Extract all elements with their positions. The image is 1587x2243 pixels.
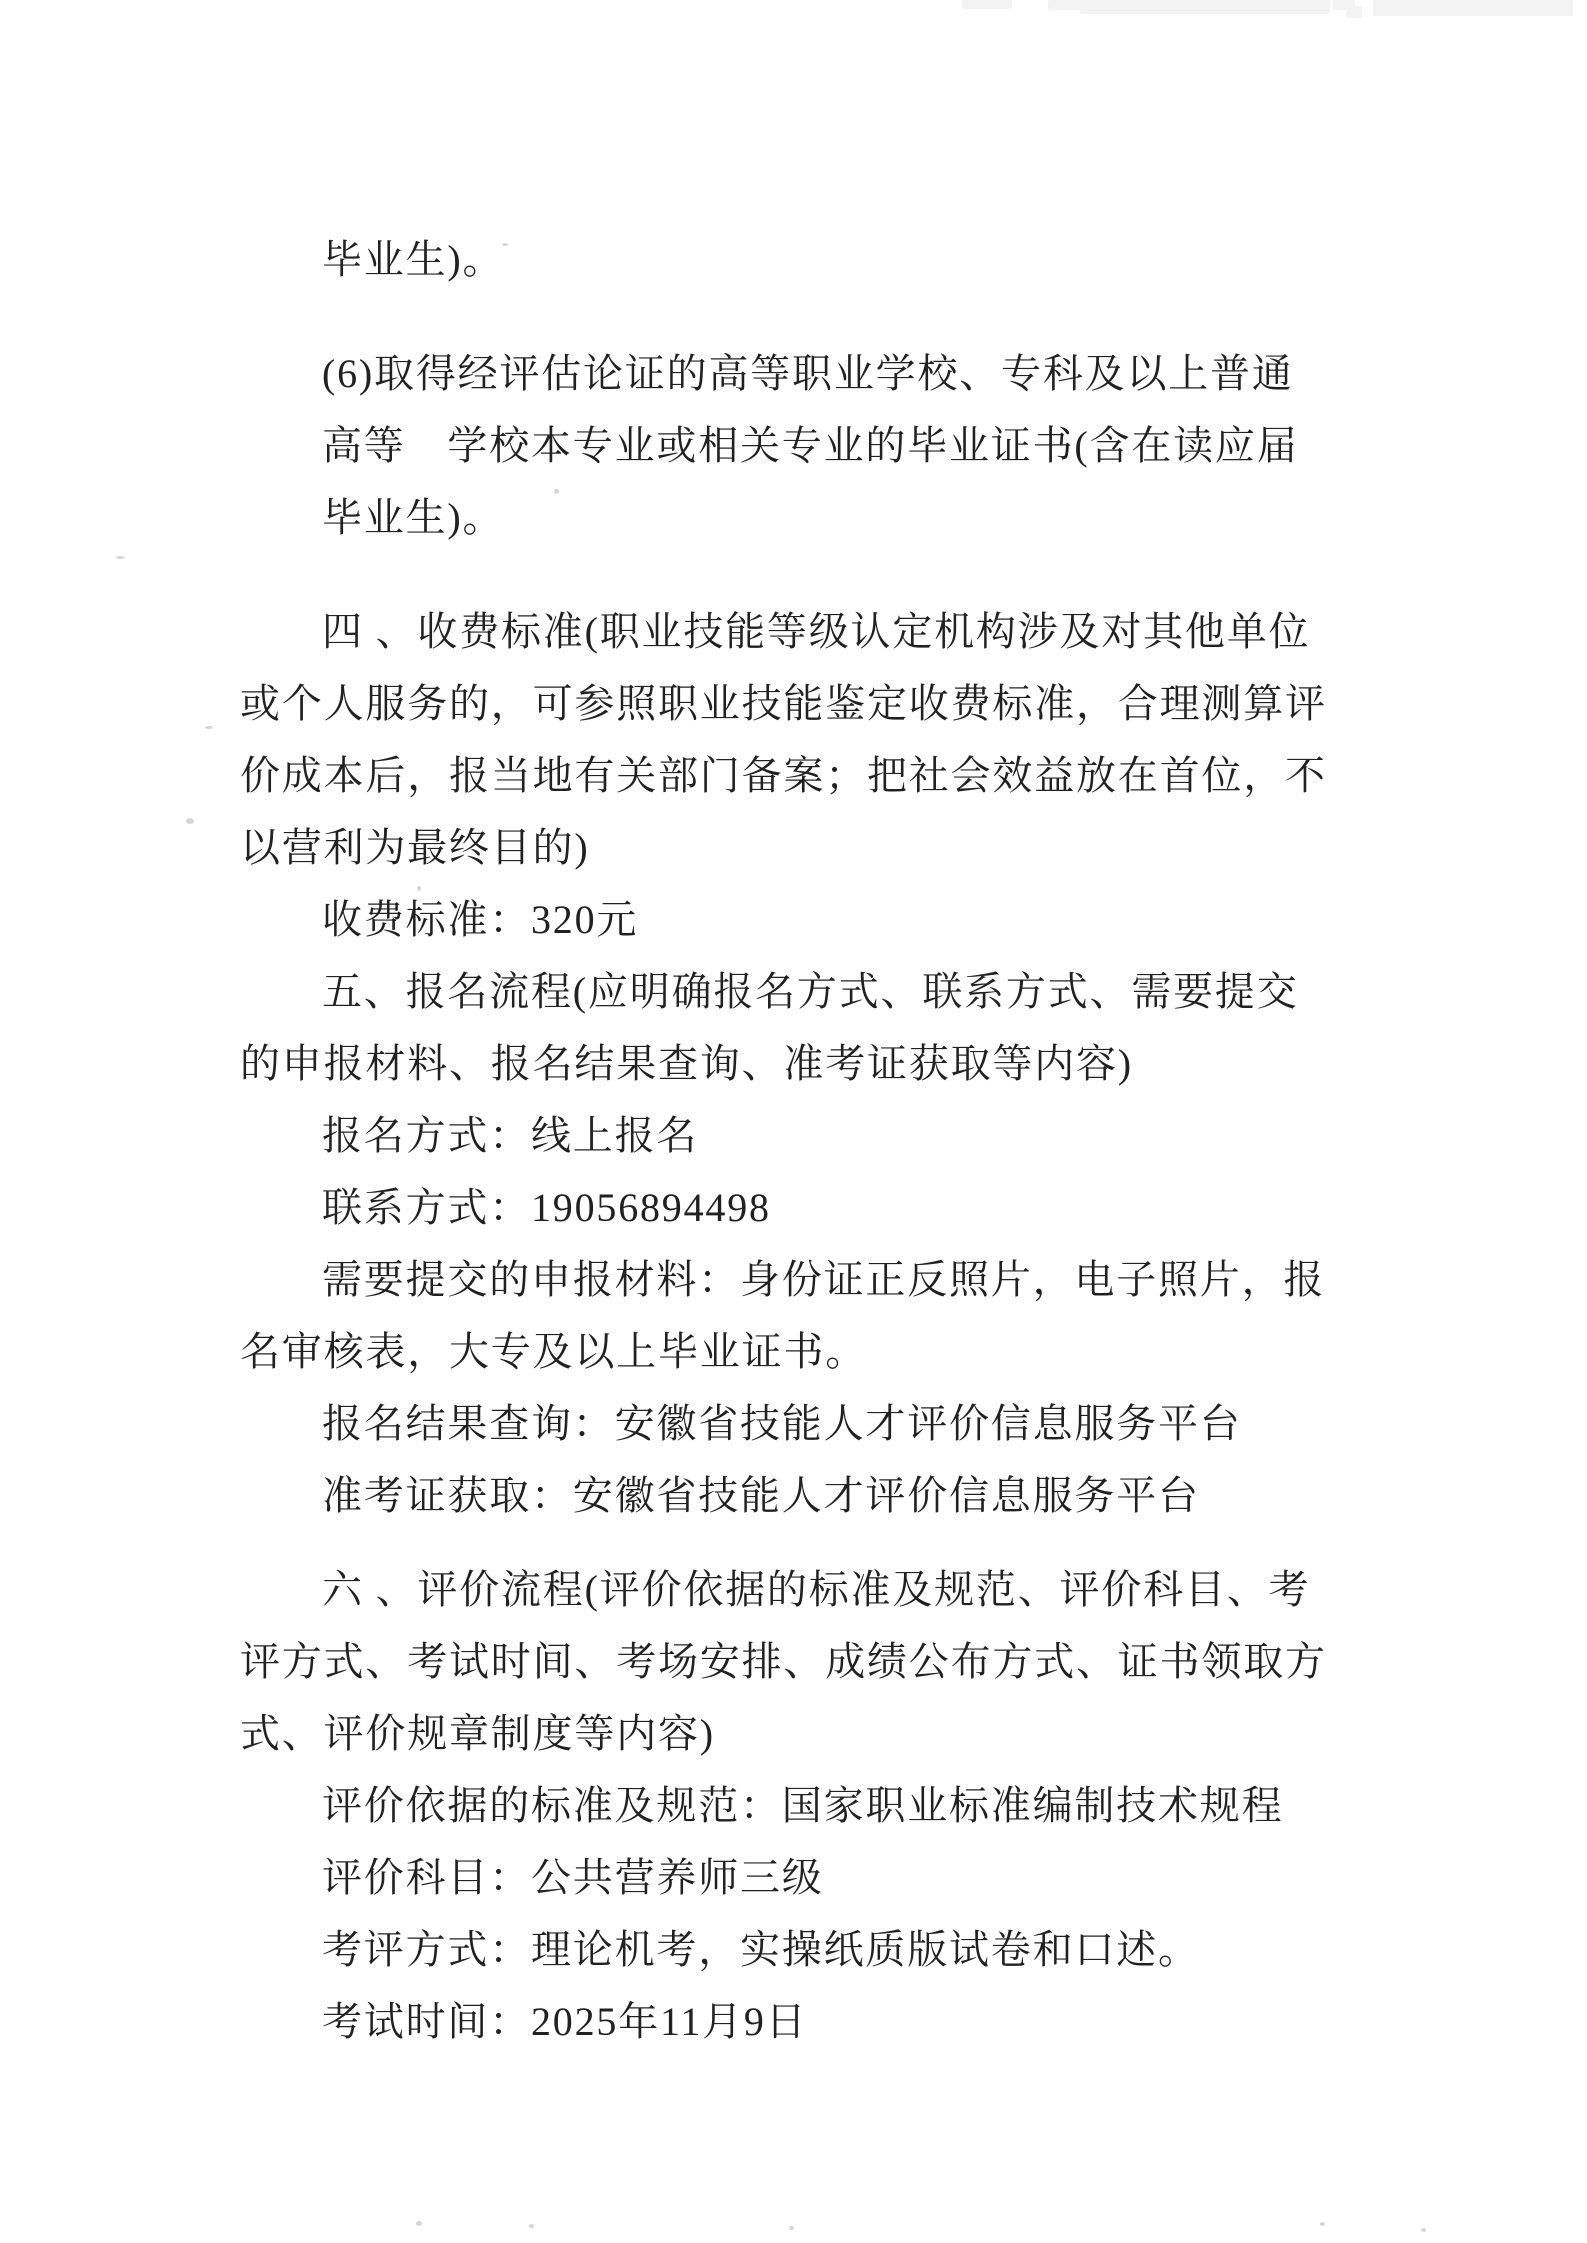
paragraph-section-6-evaluation-process: 六 、评价流程(评价依据的标准及规范、评价科目、考评方式、考试时间、考场安排、成…	[240, 1554, 1350, 1770]
document-line: 式、评价规章制度等内容)	[240, 1698, 1350, 1770]
document-line: 毕业生)。	[322, 224, 1350, 296]
scan-speck	[186, 818, 194, 824]
document-line: 评方式、考试时间、考场安排、成绩公布方式、证书领取方	[240, 1626, 1350, 1698]
scan-speck	[529, 2224, 534, 2228]
document-line: 高等 学校本专业或相关专业的毕业证书(含在读应届	[322, 410, 1350, 482]
paragraph-registration-method: 报名方式：线上报名	[240, 1100, 1350, 1172]
scan-smudge	[1048, 0, 1108, 10]
document-line: 评价依据的标准及规范：国家职业标准编制技术规程	[240, 1770, 1350, 1842]
paragraph-section-4-fee-standard: 四 、收费标准(职业技能等级认定机构涉及对其他单位或个人服务的，可参照职业技能鉴…	[240, 596, 1350, 884]
paragraph-admission-ticket: 准考证获取：安徽省技能人才评价信息服务平台	[240, 1460, 1350, 1532]
document-line: 的申报材料、报名结果查询、准考证获取等内容)	[240, 1028, 1350, 1100]
scan-speck	[205, 726, 213, 729]
document-line: 收费标准：320元	[240, 884, 1350, 956]
scan-speck	[1320, 2222, 1325, 2226]
scan-speck	[1421, 2228, 1426, 2232]
document-line: 六 、评价流程(评价依据的标准及规范、评价科目、考	[240, 1554, 1350, 1626]
scan-smudge	[962, 0, 1012, 9]
document-line: 毕业生)。	[322, 482, 1350, 554]
document-line: 名审核表，大专及以上毕业证书。	[240, 1316, 1350, 1388]
paragraph-exam-date: 考试时间：2025年11月9日	[240, 1986, 1350, 2058]
document-page: 毕业生)。(6)取得经评估论证的高等职业学校、专科及以上普通高等 学校本专业或相…	[0, 0, 1587, 2243]
paragraph-grad-note-continued: 毕业生)。	[322, 224, 1350, 296]
document-line: 报名方式：线上报名	[240, 1100, 1350, 1172]
document-line: 四 、收费标准(职业技能等级认定机构涉及对其他单位	[240, 596, 1350, 668]
document-line: 价成本后，报当地有关部门备案；把社会效益放在首位，不	[240, 740, 1350, 812]
scan-smudge	[1346, 6, 1362, 18]
document-line: 或个人服务的，可参照职业技能鉴定收费标准，合理测算评	[240, 668, 1350, 740]
document-line: 考评方式：理论机考，实操纸质版试卷和口述。	[240, 1914, 1350, 1986]
document-line: 评价科目：公共营养师三级	[240, 1842, 1350, 1914]
document-line: 需要提交的申报材料：身份证正反照片，电子照片，报	[240, 1244, 1350, 1316]
paragraph-fee-amount: 收费标准：320元	[240, 884, 1350, 956]
document-line: 联系方式：19056894498	[240, 1172, 1350, 1244]
paragraph-section-5-registration-process: 五、报名流程(应明确报名方式、联系方式、需要提交的申报材料、报名结果查询、准考证…	[240, 956, 1350, 1100]
paragraph-evaluation-subject: 评价科目：公共营养师三级	[240, 1842, 1350, 1914]
scan-smudge	[1373, 0, 1573, 16]
document-body: 毕业生)。(6)取得经评估论证的高等职业学校、专科及以上普通高等 学校本专业或相…	[240, 224, 1350, 2058]
document-line: 准考证获取：安徽省技能人才评价信息服务平台	[240, 1460, 1350, 1532]
paragraph-contact-number: 联系方式：19056894498	[240, 1172, 1350, 1244]
scan-speck	[789, 2226, 794, 2230]
document-line: 以营利为最终目的)	[240, 812, 1350, 884]
scan-smudge	[1080, 0, 1330, 14]
document-line: 报名结果查询：安徽省技能人才评价信息服务平台	[240, 1388, 1350, 1460]
paragraph-result-query: 报名结果查询：安徽省技能人才评价信息服务平台	[240, 1388, 1350, 1460]
document-line: (6)取得经评估论证的高等职业学校、专科及以上普通	[322, 338, 1350, 410]
paragraph-item-6: (6)取得经评估论证的高等职业学校、专科及以上普通高等 学校本专业或相关专业的毕…	[322, 338, 1350, 554]
scan-smudge	[1333, 0, 1355, 10]
scan-speck	[416, 2221, 422, 2226]
scan-speck	[116, 556, 125, 559]
document-line: 五、报名流程(应明确报名方式、联系方式、需要提交	[240, 956, 1350, 1028]
paragraph-evaluation-standard: 评价依据的标准及规范：国家职业标准编制技术规程	[240, 1770, 1350, 1842]
document-line: 考试时间：2025年11月9日	[240, 1986, 1350, 2058]
paragraph-required-materials: 需要提交的申报材料：身份证正反照片，电子照片，报名审核表，大专及以上毕业证书。	[240, 1244, 1350, 1388]
paragraph-assessment-method: 考评方式：理论机考，实操纸质版试卷和口述。	[240, 1914, 1350, 1986]
